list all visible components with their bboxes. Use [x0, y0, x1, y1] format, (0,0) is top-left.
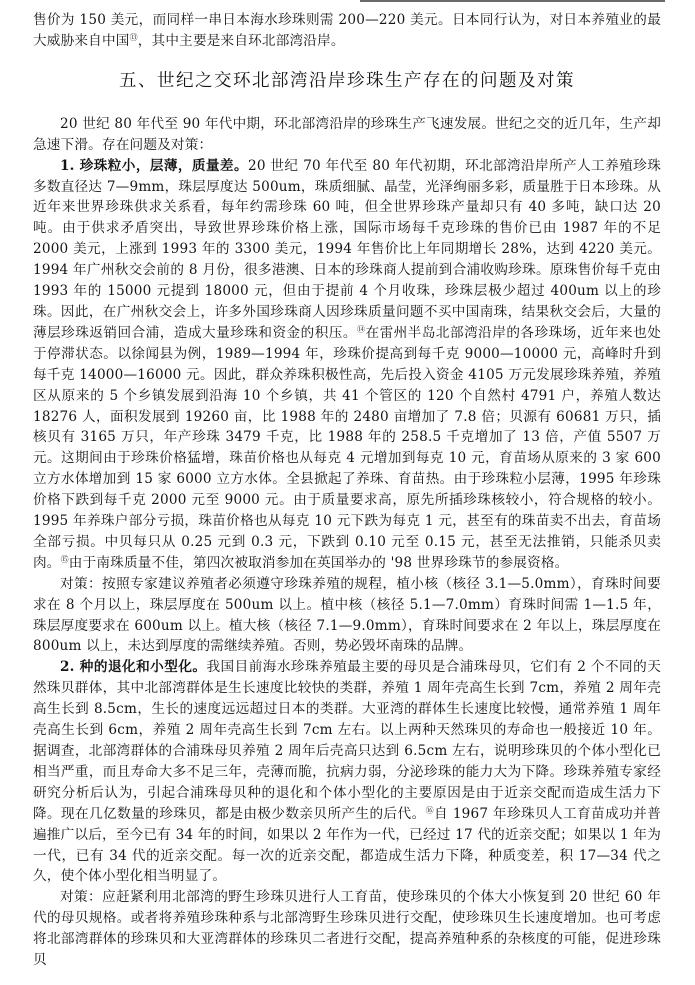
- footnote-ref[interactable]: ⑮: [61, 555, 69, 564]
- problem-2-paragraph: 2. 种的退化和小型化。我国目前海水珍珠养殖最主要的母贝是合浦珠母贝，它们有 2…: [33, 657, 661, 887]
- document-page: 售价为 150 美元，而同样一串日本海水珍珠则需 200—220 美元。日本同行…: [33, 10, 661, 971]
- footnote-ref[interactable]: ⑬: [130, 33, 138, 42]
- intro-paragraph: 售价为 150 美元，而同样一串日本海水珍珠则需 200—220 美元。日本同行…: [33, 10, 661, 52]
- countermeasure-1-paragraph: 对策：按照专家建议养殖者必须遵守珍珠养殖的规程，植小核（核径 3.1—5.0mm…: [33, 574, 661, 658]
- section-heading: 五、世纪之交环北部湾沿岸珍珠生产存在的问题及对策: [33, 69, 661, 93]
- problem-1-text-end: 由于南珠质量不佳，第四次被取消参加在英国举办的 '98 世界珍珠节的参展资格。: [69, 555, 569, 571]
- problem-2-title: 2. 种的退化和小型化。: [60, 659, 206, 675]
- problem-1-text-cont: 在雷州半岛北部湾沿岸的各珍珠场，近年来也处于停滞状态。以徐闻县为例，1989—1…: [33, 325, 661, 571]
- problem-2-text: 我国目前海水珍珠养殖最主要的母贝是合浦珠母贝，它们有 2 个不同的天然珠贝群体，…: [33, 659, 661, 821]
- problem-1-text: 20 世纪 70 年代至 80 年代初期，环北部湾沿岸所产人工养殖珍珠多数直径达…: [33, 158, 661, 341]
- footnote-ref[interactable]: ⑯: [426, 806, 434, 815]
- intro-text-cont: ，其中主要是来自环北部湾沿岸。: [138, 33, 345, 49]
- countermeasure-2-paragraph: 对策：应赶紧利用北部湾的野生珍珠贝进行人工育苗，使珍珠贝的个体大小恢复到 20 …: [33, 887, 661, 971]
- problem-1-paragraph: 1. 珍珠粒小，层薄，质量差。20 世纪 70 年代至 80 年代初期，环北部湾…: [33, 156, 661, 574]
- overview-paragraph: 20 世纪 80 年代至 90 年代中期，环北部湾沿岸的珍珠生产飞速发展。世纪之…: [33, 114, 661, 156]
- intro-text: 售价为 150 美元，而同样一串日本海水珍珠则需 200—220 美元。日本同行…: [33, 12, 661, 49]
- problem-1-title: 1. 珍珠粒小，层薄，质量差。: [60, 158, 248, 174]
- scan-top-rule: [360, 0, 665, 2]
